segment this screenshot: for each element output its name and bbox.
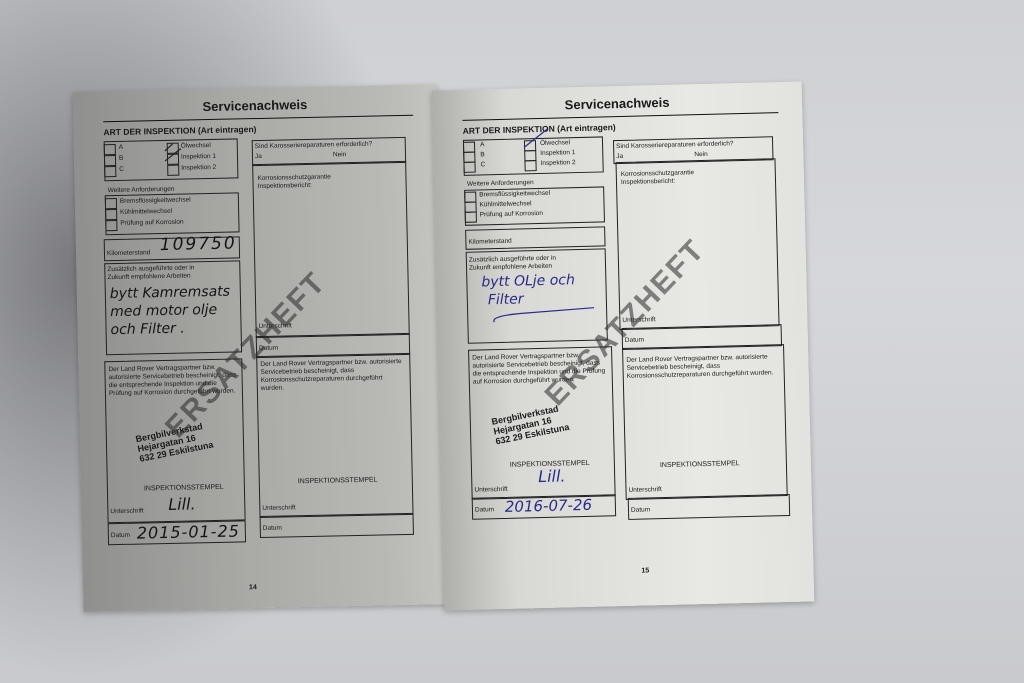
stamp-label: INSPEKTIONSSTEMPEL bbox=[298, 477, 378, 486]
km-label: Kilometerstand bbox=[107, 249, 150, 257]
additional-work-field[interactable]: Zusätzlich ausgeführte oder in Zukunft e… bbox=[104, 260, 242, 355]
handwritten-line: Filter bbox=[488, 291, 524, 308]
body-repair-question: Sind Karosseriereparaturen erforderlich? bbox=[616, 140, 734, 150]
corrosion-bottom-date-field[interactable]: Datum bbox=[628, 494, 790, 520]
yes-option[interactable]: Ja bbox=[616, 153, 623, 160]
corrosion-cert-text: Der Land Rover Vertragspartner bzw. auto… bbox=[626, 353, 777, 381]
date-field[interactable]: Datum 2015-01-25 bbox=[108, 520, 246, 545]
additional-work-label: Zusätzlich ausgeführte oder in Zukunft e… bbox=[469, 254, 579, 273]
date-value: 2015-01-25 bbox=[137, 521, 240, 542]
checkbox-bremsfluessigkeit[interactable] bbox=[105, 198, 117, 209]
corrosion-report-label: Korrosionsschutzgarantie Inspektionsberi… bbox=[257, 173, 377, 192]
checkbox-b[interactable] bbox=[104, 155, 116, 166]
requirement-label: Bremsflüssigkeitwechsel bbox=[120, 196, 191, 204]
checkbox-korrosion[interactable] bbox=[465, 212, 477, 223]
requirement-label: Bremsflüssigkeitwechsel bbox=[479, 190, 550, 199]
signature-label: Unterschrift bbox=[628, 486, 661, 494]
signature-label: Unterschrift bbox=[110, 507, 143, 515]
corrosion-cert-box: Der Land Rover Vertragspartner bzw. auto… bbox=[256, 353, 413, 518]
date-label: Datum bbox=[631, 506, 650, 513]
requirement-label: Kühlmittelwechsel bbox=[120, 208, 172, 216]
body-repair-question: Sind Karosseriereparaturen erforderlich? bbox=[255, 141, 373, 150]
booklet-page-right: Servicenachweis ART DER INSPEKTION (Art … bbox=[432, 82, 815, 611]
km-field[interactable]: Kilometerstand bbox=[465, 226, 605, 249]
additional-work-label: Zusätzlich ausgeführte oder in Zukunft e… bbox=[107, 264, 217, 282]
date-field[interactable]: Datum 2016-07-26 bbox=[472, 494, 616, 520]
no-option[interactable]: Nein bbox=[333, 151, 347, 158]
corrosion-cert-text: Der Land Rover Vertragspartner bzw. auto… bbox=[260, 358, 406, 393]
inspection-type-box: A B C Ölwechsel Inspektion 1 Inspektion … bbox=[463, 136, 604, 175]
corrosion-cert-box: Der Land Rover Vertragspartner bzw. auto… bbox=[622, 344, 788, 500]
further-requirements-box: Weitere Anforderungen Bremsflüssigkeitwe… bbox=[464, 186, 605, 225]
further-requirements-label: Weitere Anforderungen bbox=[108, 186, 175, 194]
handwritten-line: bytt OLje och bbox=[481, 272, 575, 290]
date-label: Datum bbox=[475, 506, 494, 513]
checkbox-a[interactable] bbox=[104, 144, 116, 155]
yes-option[interactable]: Ja bbox=[255, 153, 262, 160]
requirement-label: Prüfung auf Korrosion bbox=[480, 210, 543, 219]
requirement-label: Kühlmittelwechsel bbox=[479, 200, 531, 208]
type-c-label: C bbox=[480, 161, 485, 168]
checkbox-c[interactable] bbox=[463, 162, 475, 173]
checkbox-c[interactable] bbox=[104, 166, 116, 177]
handwritten-line: och Filter . bbox=[110, 321, 185, 339]
km-label: Kilometerstand bbox=[468, 238, 512, 246]
checkbox-inspektion-2[interactable] bbox=[524, 160, 536, 171]
checkmark-icon bbox=[163, 140, 188, 166]
signature-label: Unterschrift bbox=[262, 504, 295, 512]
date-label: Datum bbox=[263, 525, 282, 532]
further-requirements-box: Weitere Anforderungen Bremsflüssigkeitwe… bbox=[105, 192, 240, 235]
signature: Lill. bbox=[168, 494, 196, 514]
page-number: 14 bbox=[249, 584, 257, 591]
handwritten-line: bytt Kamremsats bbox=[110, 284, 230, 303]
title-rule bbox=[103, 115, 413, 122]
service-inspektion-2-label: Inspektion 2 bbox=[540, 159, 575, 167]
handwritten-line: med motor olje bbox=[110, 302, 217, 320]
section-heading: ART DER INSPEKTION (Art eintragen) bbox=[103, 124, 256, 137]
stamp-label: INSPEKTIONSSTEMPEL bbox=[144, 484, 224, 493]
checkbox-korrosion[interactable] bbox=[105, 220, 117, 231]
km-value: 109750 bbox=[160, 233, 237, 255]
stamp-label: INSPEKTIONSSTEMPEL bbox=[660, 460, 740, 469]
type-c-label: C bbox=[119, 166, 124, 173]
checkmark-icon bbox=[522, 127, 553, 152]
page-number: 15 bbox=[641, 567, 649, 574]
inspection-type-box: A B C Ölwechsel Inspektion 1 Inspektion … bbox=[104, 138, 239, 181]
type-a-label: A bbox=[119, 144, 123, 151]
page-title: Servicenachweis bbox=[73, 94, 437, 117]
no-option[interactable]: Nein bbox=[694, 151, 708, 158]
checkbox-kuehlmittel[interactable] bbox=[105, 209, 117, 220]
additional-work-field[interactable]: Zusätzlich ausgeführte oder in Zukunft e… bbox=[466, 248, 608, 343]
further-requirements-label: Weitere Anforderungen bbox=[467, 179, 534, 188]
type-b-label: B bbox=[480, 151, 485, 158]
corrosion-bottom-date-field[interactable]: Datum bbox=[260, 513, 414, 538]
date-label: Datum bbox=[111, 532, 130, 539]
type-b-label: B bbox=[119, 155, 123, 162]
booklet-page-left: Servicenachweis ART DER INSPEKTION (Art … bbox=[73, 84, 448, 612]
type-a-label: A bbox=[480, 141, 485, 148]
signature-label: Unterschrift bbox=[474, 486, 507, 494]
corrosion-report-label: Korrosionsschutzgarantie Inspektionsberi… bbox=[621, 168, 741, 187]
km-field[interactable]: Kilometerstand 109750 bbox=[104, 236, 240, 261]
requirement-label: Prüfung auf Korrosion bbox=[120, 219, 183, 227]
date-value: 2016-07-26 bbox=[505, 496, 593, 516]
signature: Lill. bbox=[538, 466, 566, 486]
underline-scribble bbox=[490, 306, 600, 327]
